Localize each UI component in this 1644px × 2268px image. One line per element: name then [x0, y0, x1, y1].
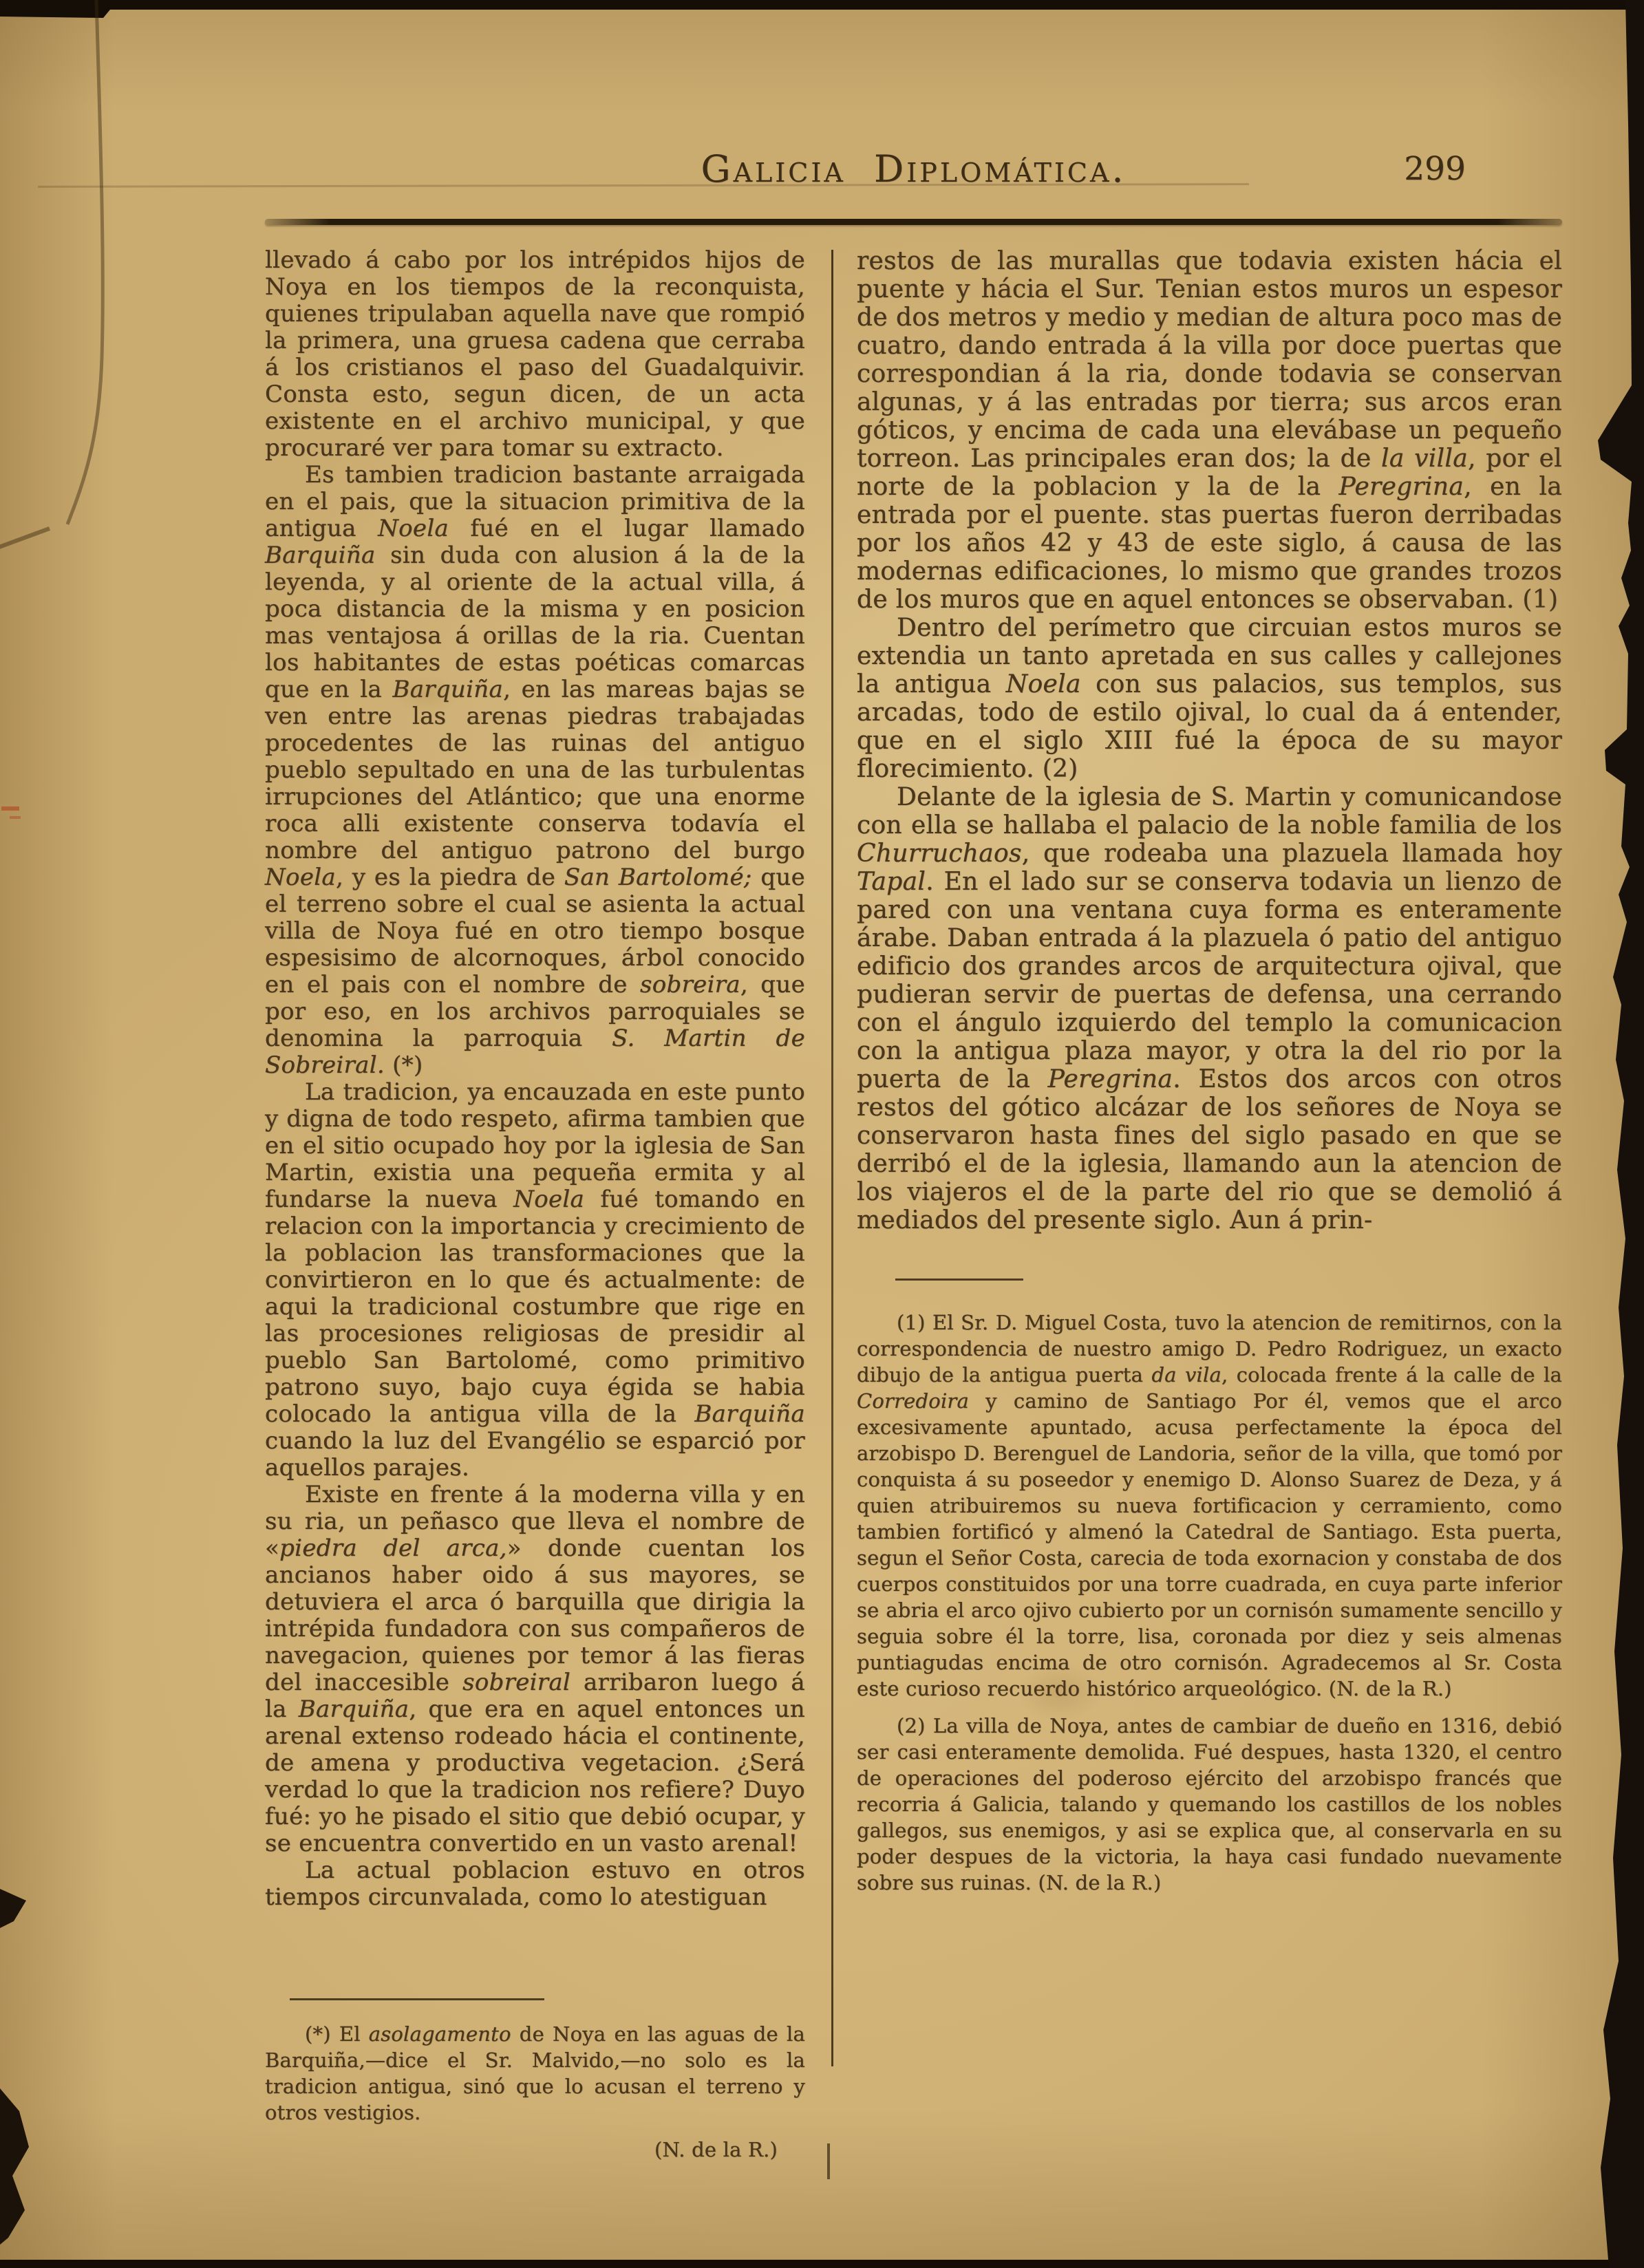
italic-text-segment: asolagamento: [369, 2022, 511, 2046]
paragraph: llevado á cabo por los intrépidos hijos …: [265, 247, 805, 462]
text-segment: y camino de Santiago Por él, vemos que e…: [857, 1389, 1562, 1700]
italic-text-segment: Noela: [513, 1186, 584, 1213]
italic-text-segment: la villa: [1381, 445, 1468, 473]
text-segment: (*) El: [305, 2022, 369, 2046]
paragraph: (N. de la R.): [265, 2137, 805, 2163]
right-column: restos de las murallas que todavia exist…: [857, 247, 1562, 2181]
red-ink-speck-small: [10, 816, 21, 819]
paragraph: restos de las murallas que todavia exist…: [857, 247, 1562, 614]
header-rule: [265, 219, 1562, 225]
text-segment: , en las mareas bajas se ven entre las a…: [265, 676, 805, 864]
publication-title: Galicia Diplomática.: [265, 147, 1562, 191]
paragraph: (1) El Sr. D. Miguel Costa, tuvo la aten…: [857, 1309, 1562, 1702]
right-footnote-rule: [895, 1279, 1023, 1281]
italic-text-segment: Noela: [265, 864, 336, 891]
italic-text-segment: Barquiña: [265, 542, 376, 569]
paragraph: (*) El asolagamento de Noya en las aguas…: [265, 2021, 805, 2126]
text-segment: cuando la luz del Evangélio se esparció …: [265, 1427, 805, 1481]
italic-text-segment: piedra del arca,: [279, 1534, 507, 1562]
column-gutter: [805, 247, 857, 2181]
left-column: llevado á cabo por los intrépidos hijos …: [265, 247, 805, 2181]
left-footnote-block: (*) El asolagamento de Noya en las aguas…: [265, 1998, 805, 2181]
right-column-text: restos de las murallas que todavia exist…: [857, 247, 1562, 1234]
paragraph: Dentro del perímetro que circuian estos …: [857, 614, 1562, 783]
paragraph: Delante de la iglesia de S. Martin y com…: [857, 783, 1562, 1234]
text-segment: llevado á cabo por los intrépidos hijos …: [265, 246, 805, 462]
red-ink-speck: [1, 806, 19, 811]
left-footnote-rule: [290, 1998, 544, 2000]
text-segment: (N. de la R.): [654, 2138, 778, 2161]
italic-text-segment: sobreiral: [462, 1669, 570, 1696]
italic-text-segment: Barquiña: [694, 1400, 805, 1428]
page-header: Galicia Diplomática. 299: [265, 143, 1562, 209]
italic-text-segment: Barquiña: [392, 676, 503, 703]
page-crease-tick: [0, 528, 50, 548]
paragraph: La actual poblacion estuvo en otros tiem…: [265, 1857, 805, 1911]
italic-text-segment: Barquiña: [299, 1695, 409, 1723]
page-content: Galicia Diplomática. 299 llevado á cabo …: [265, 143, 1562, 2181]
paragraph: Existe en frente á la moderna villa y en…: [265, 1481, 805, 1857]
torn-edge-right: [1598, 0, 1644, 2268]
italic-text-segment: Peregrina: [1339, 473, 1464, 501]
italic-text-segment: Tapal: [857, 868, 926, 896]
italic-text-segment: da vila: [1151, 1363, 1221, 1387]
italic-text-segment: Noela: [1006, 670, 1081, 698]
left-footnotes: (*) El asolagamento de Noya en las aguas…: [265, 2021, 805, 2163]
text-segment: fué tomando en relacion con la importanc…: [265, 1186, 805, 1428]
paragraph: Es tambien tradicion bastante arraigada …: [265, 462, 805, 1079]
column-divider-rule: [831, 250, 833, 2066]
paragraph: (2) La villa de Noya, antes de cambiar d…: [857, 1713, 1562, 1896]
scanned-page: Galicia Diplomática. 299 llevado á cabo …: [0, 0, 1644, 2268]
column-divider-end-tick: [827, 2143, 830, 2179]
text-segment: fué en el lugar llamado: [449, 515, 805, 542]
italic-text-segment: Noela: [378, 515, 449, 542]
text-segment: , colocada frente á la calle de la: [1221, 1363, 1562, 1387]
italic-text-segment: sobreira: [640, 971, 740, 998]
italic-text-segment: Corredoira: [857, 1389, 969, 1413]
page-number: 299: [1404, 150, 1466, 188]
scan-edge-top: [0, 0, 1644, 18]
scan-edge-bottom: [0, 2260, 1644, 2268]
paragraph: La tradicion, ya encauzada en este punto…: [265, 1079, 805, 1481]
page-crease-line: [67, 0, 103, 524]
torn-corner-bottom-left: [0, 1889, 29, 2245]
text-segment: (2) La villa de Noya, antes de cambiar d…: [857, 1714, 1562, 1894]
text-segment: La actual poblacion estuvo en otros tiem…: [265, 1857, 805, 1911]
text-segment: , y es la piedra de: [336, 864, 564, 891]
text-segment: restos de las murallas que todavia exist…: [857, 247, 1562, 473]
text-segment: . En el lado sur se conserva todavia un …: [857, 868, 1562, 1093]
right-footnotes: (1) El Sr. D. Miguel Costa, tuvo la aten…: [857, 1309, 1562, 1896]
text-segment: , que rodeaba una plazuela llamada hoy: [1022, 839, 1562, 868]
text-segment: (*): [385, 1051, 423, 1079]
right-footnote-block: (1) El Sr. D. Miguel Costa, tuvo la aten…: [857, 1279, 1562, 1896]
italic-text-segment: Churruchaos: [857, 839, 1022, 868]
italic-text-segment: San Bartolomé;: [564, 864, 752, 891]
left-column-text: llevado á cabo por los intrépidos hijos …: [265, 247, 805, 1911]
text-segment: Delante de la iglesia de S. Martin y com…: [857, 783, 1562, 839]
italic-text-segment: Peregrina: [1048, 1065, 1173, 1093]
text-columns: llevado á cabo por los intrépidos hijos …: [265, 247, 1562, 2181]
